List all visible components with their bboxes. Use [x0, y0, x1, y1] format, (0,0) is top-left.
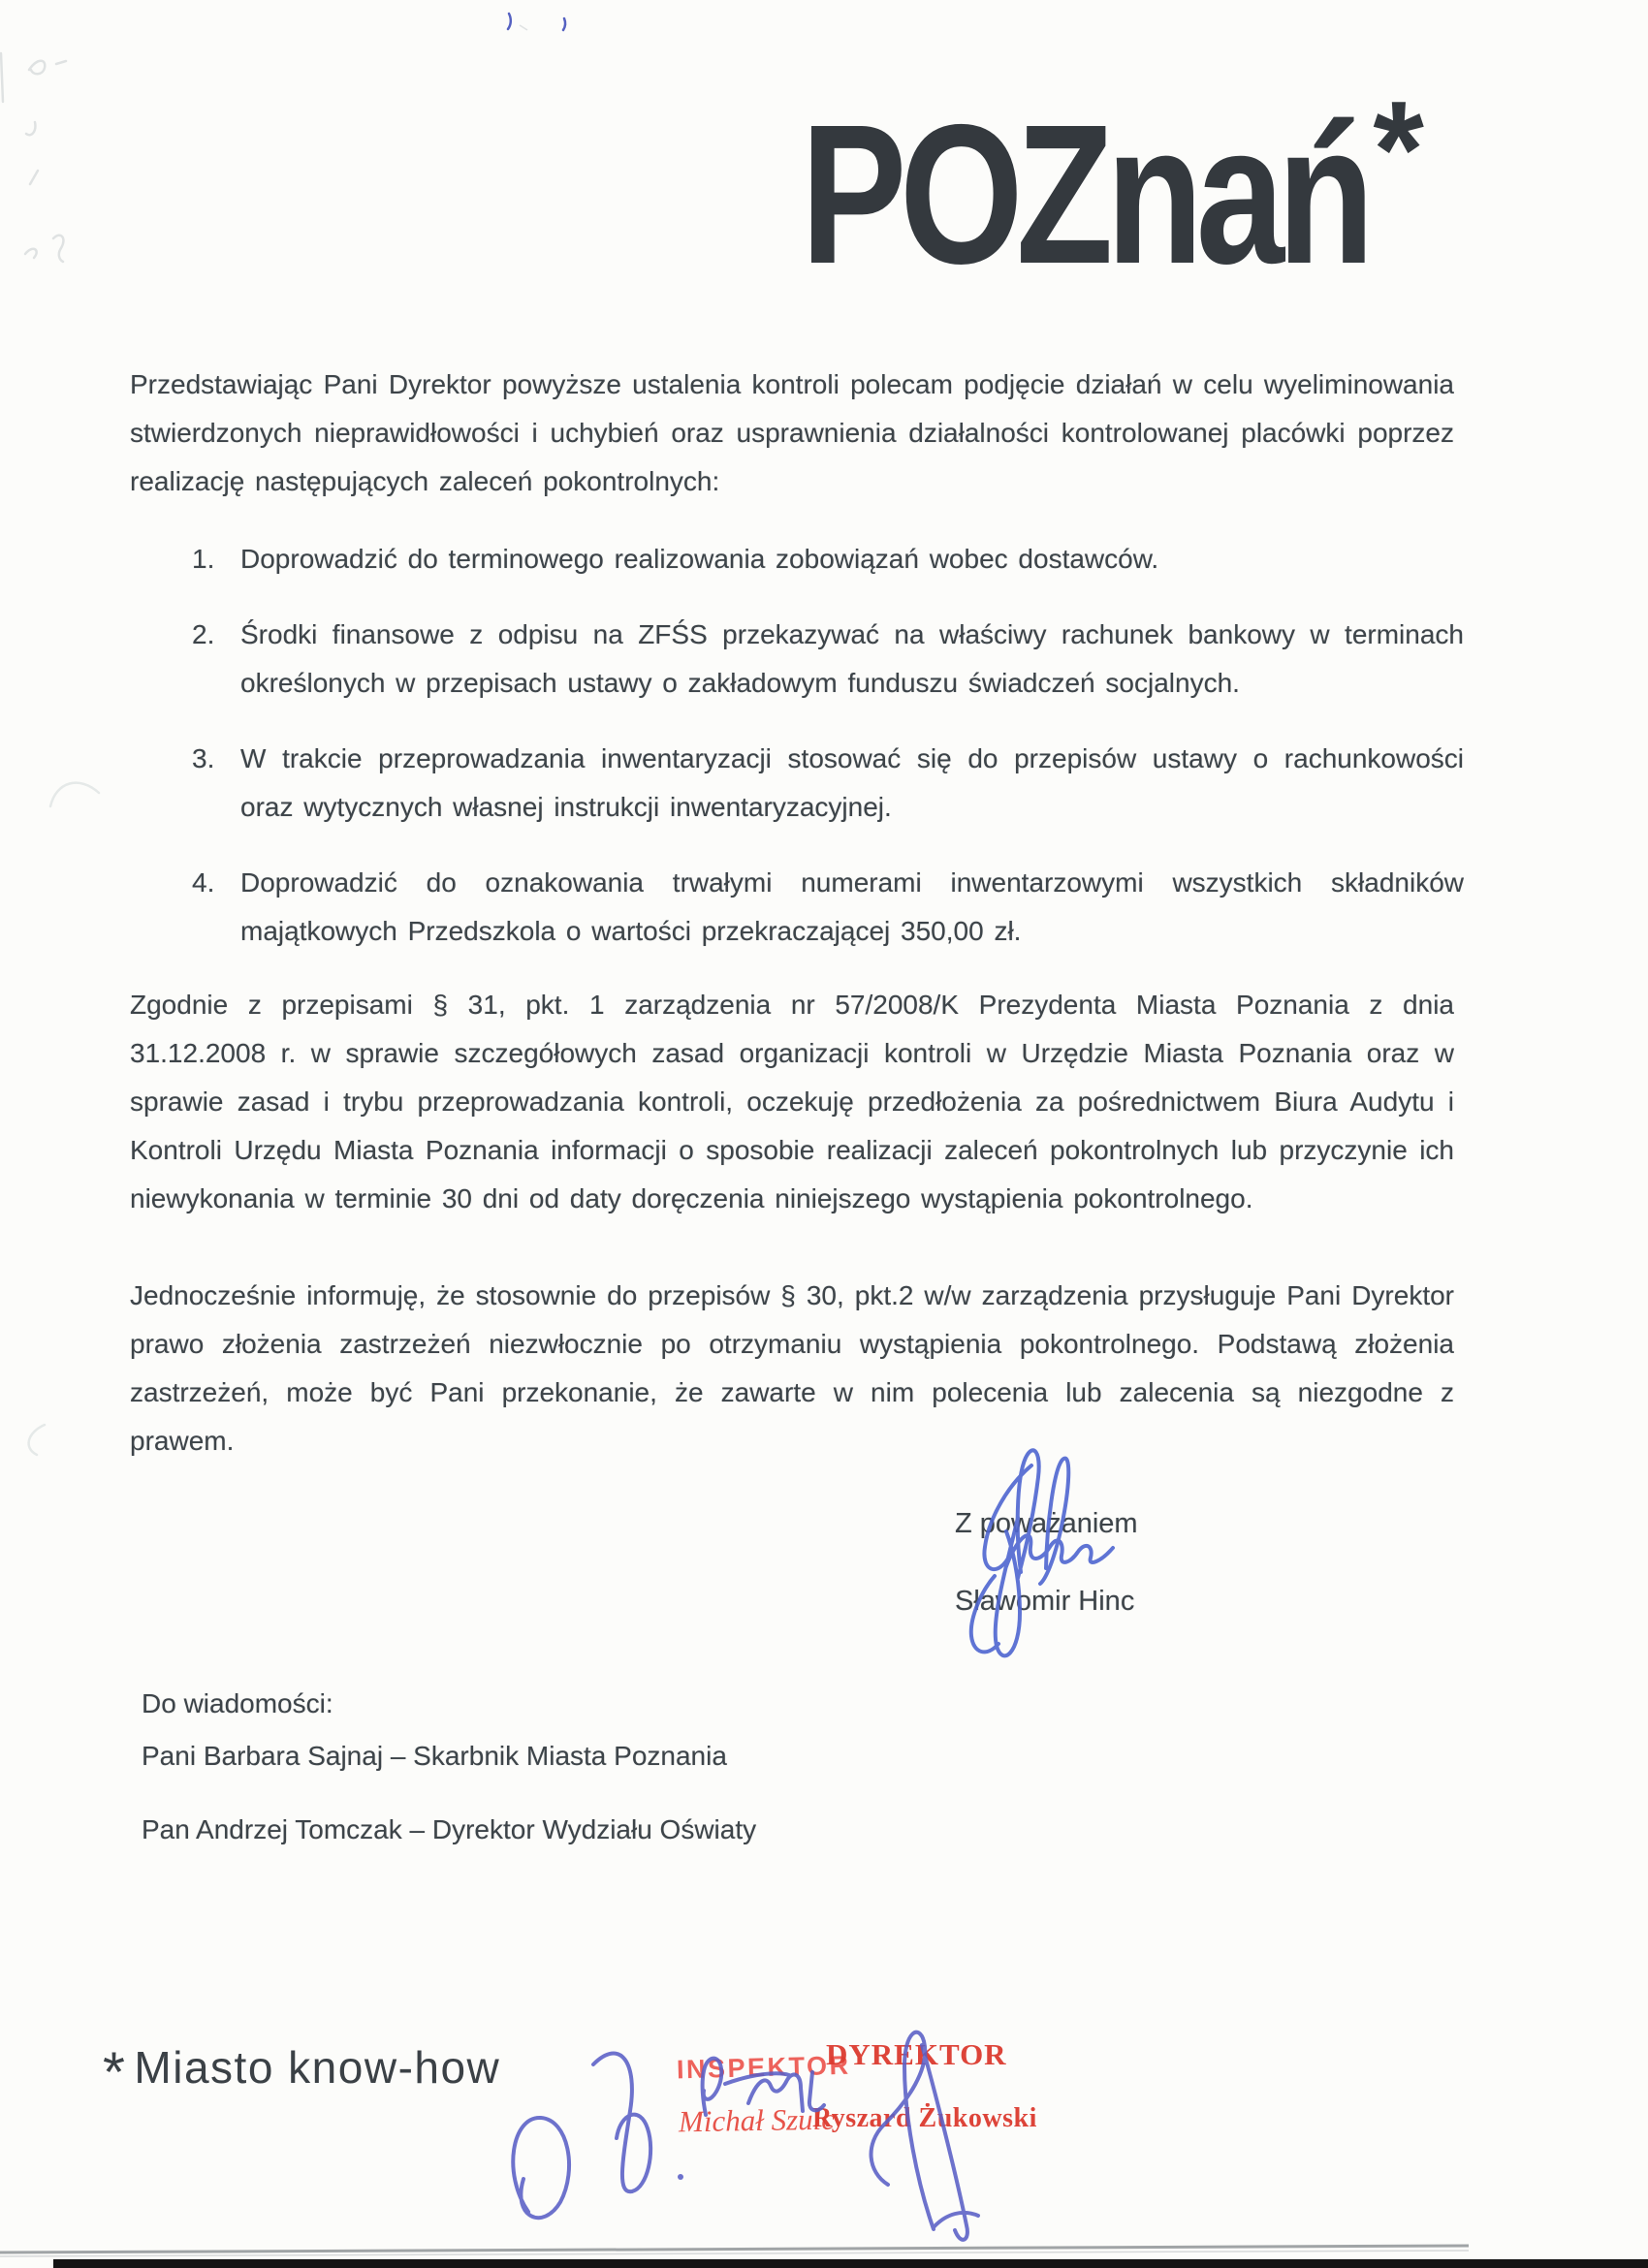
recommendation-item-4: 4. Doprowadzić do oznakowania trwałymi n… — [192, 859, 1464, 958]
scanned-letter-page: POZnań * Przedstawiając Pani Dyrektor po… — [0, 0, 1648, 2268]
cc-label: Do wiadomości: — [142, 1688, 333, 1719]
poznan-logo: POZnań * — [801, 95, 1499, 308]
recommendation-number: 1. — [192, 535, 214, 583]
recommendation-number: 3. — [192, 735, 214, 783]
recommendation-item-1: 1. Doprowadzić do terminowego realizowan… — [192, 535, 1464, 585]
recommendation-text: W trakcie przeprowadzania inwentaryzacji… — [240, 735, 1464, 834]
objection-rights-paragraph: Jednocześnie informuję, że stosownie do … — [130, 1272, 1454, 1470]
recommendation-number: 2. — [192, 611, 214, 659]
recommendation-item-3: 3. W trakcie przeprowadzania inwentaryza… — [192, 735, 1464, 834]
poznan-logo-asterisk-icon: * — [1373, 81, 1424, 219]
recommendation-text: Doprowadzić do terminowego realizowania … — [240, 535, 1464, 585]
slogan-text: Miasto know-how — [134, 2042, 500, 2093]
valediction: Z poważaniem — [955, 1508, 1138, 1540]
slogan-asterisk-icon: * — [103, 2041, 126, 2104]
stamp-inspector-title: INSPEKTOR — [677, 2051, 851, 2086]
stamp-director-title: DYREKTOR — [826, 2037, 1007, 2072]
footer-slogan: *Miasto know-how — [103, 2032, 500, 2096]
scan-bottom-bar — [53, 2259, 1648, 2268]
intro-paragraph: Przedstawiając Pani Dyrektor powyższe us… — [130, 361, 1454, 516]
recommendation-item-2: 2. Środki finansowe z odpisu na ZFŚS prz… — [192, 611, 1464, 709]
recommendation-text: Środki finansowe z odpisu na ZFŚS przeka… — [240, 611, 1464, 709]
cc-recipient-1: Pani Barbara Sajnaj – Skarbnik Miasta Po… — [142, 1741, 727, 1772]
cc-recipient-2: Pan Andrzej Tomczak – Dyrektor Wydziału … — [142, 1814, 756, 1845]
stamp-director-name: Ryszard Żukowski — [812, 2103, 1037, 2134]
recommendation-text: Doprowadzić do oznakowania trwałymi nume… — [240, 859, 1464, 958]
recommendation-number: 4. — [192, 859, 214, 907]
poznan-logo-text: POZnań — [801, 95, 1367, 294]
signer-name: Sławomir Hinc — [955, 1586, 1134, 1618]
legal-basis-paragraph: Zgodnie z przepisami § 31, pkt. 1 zarząd… — [130, 981, 1454, 1276]
